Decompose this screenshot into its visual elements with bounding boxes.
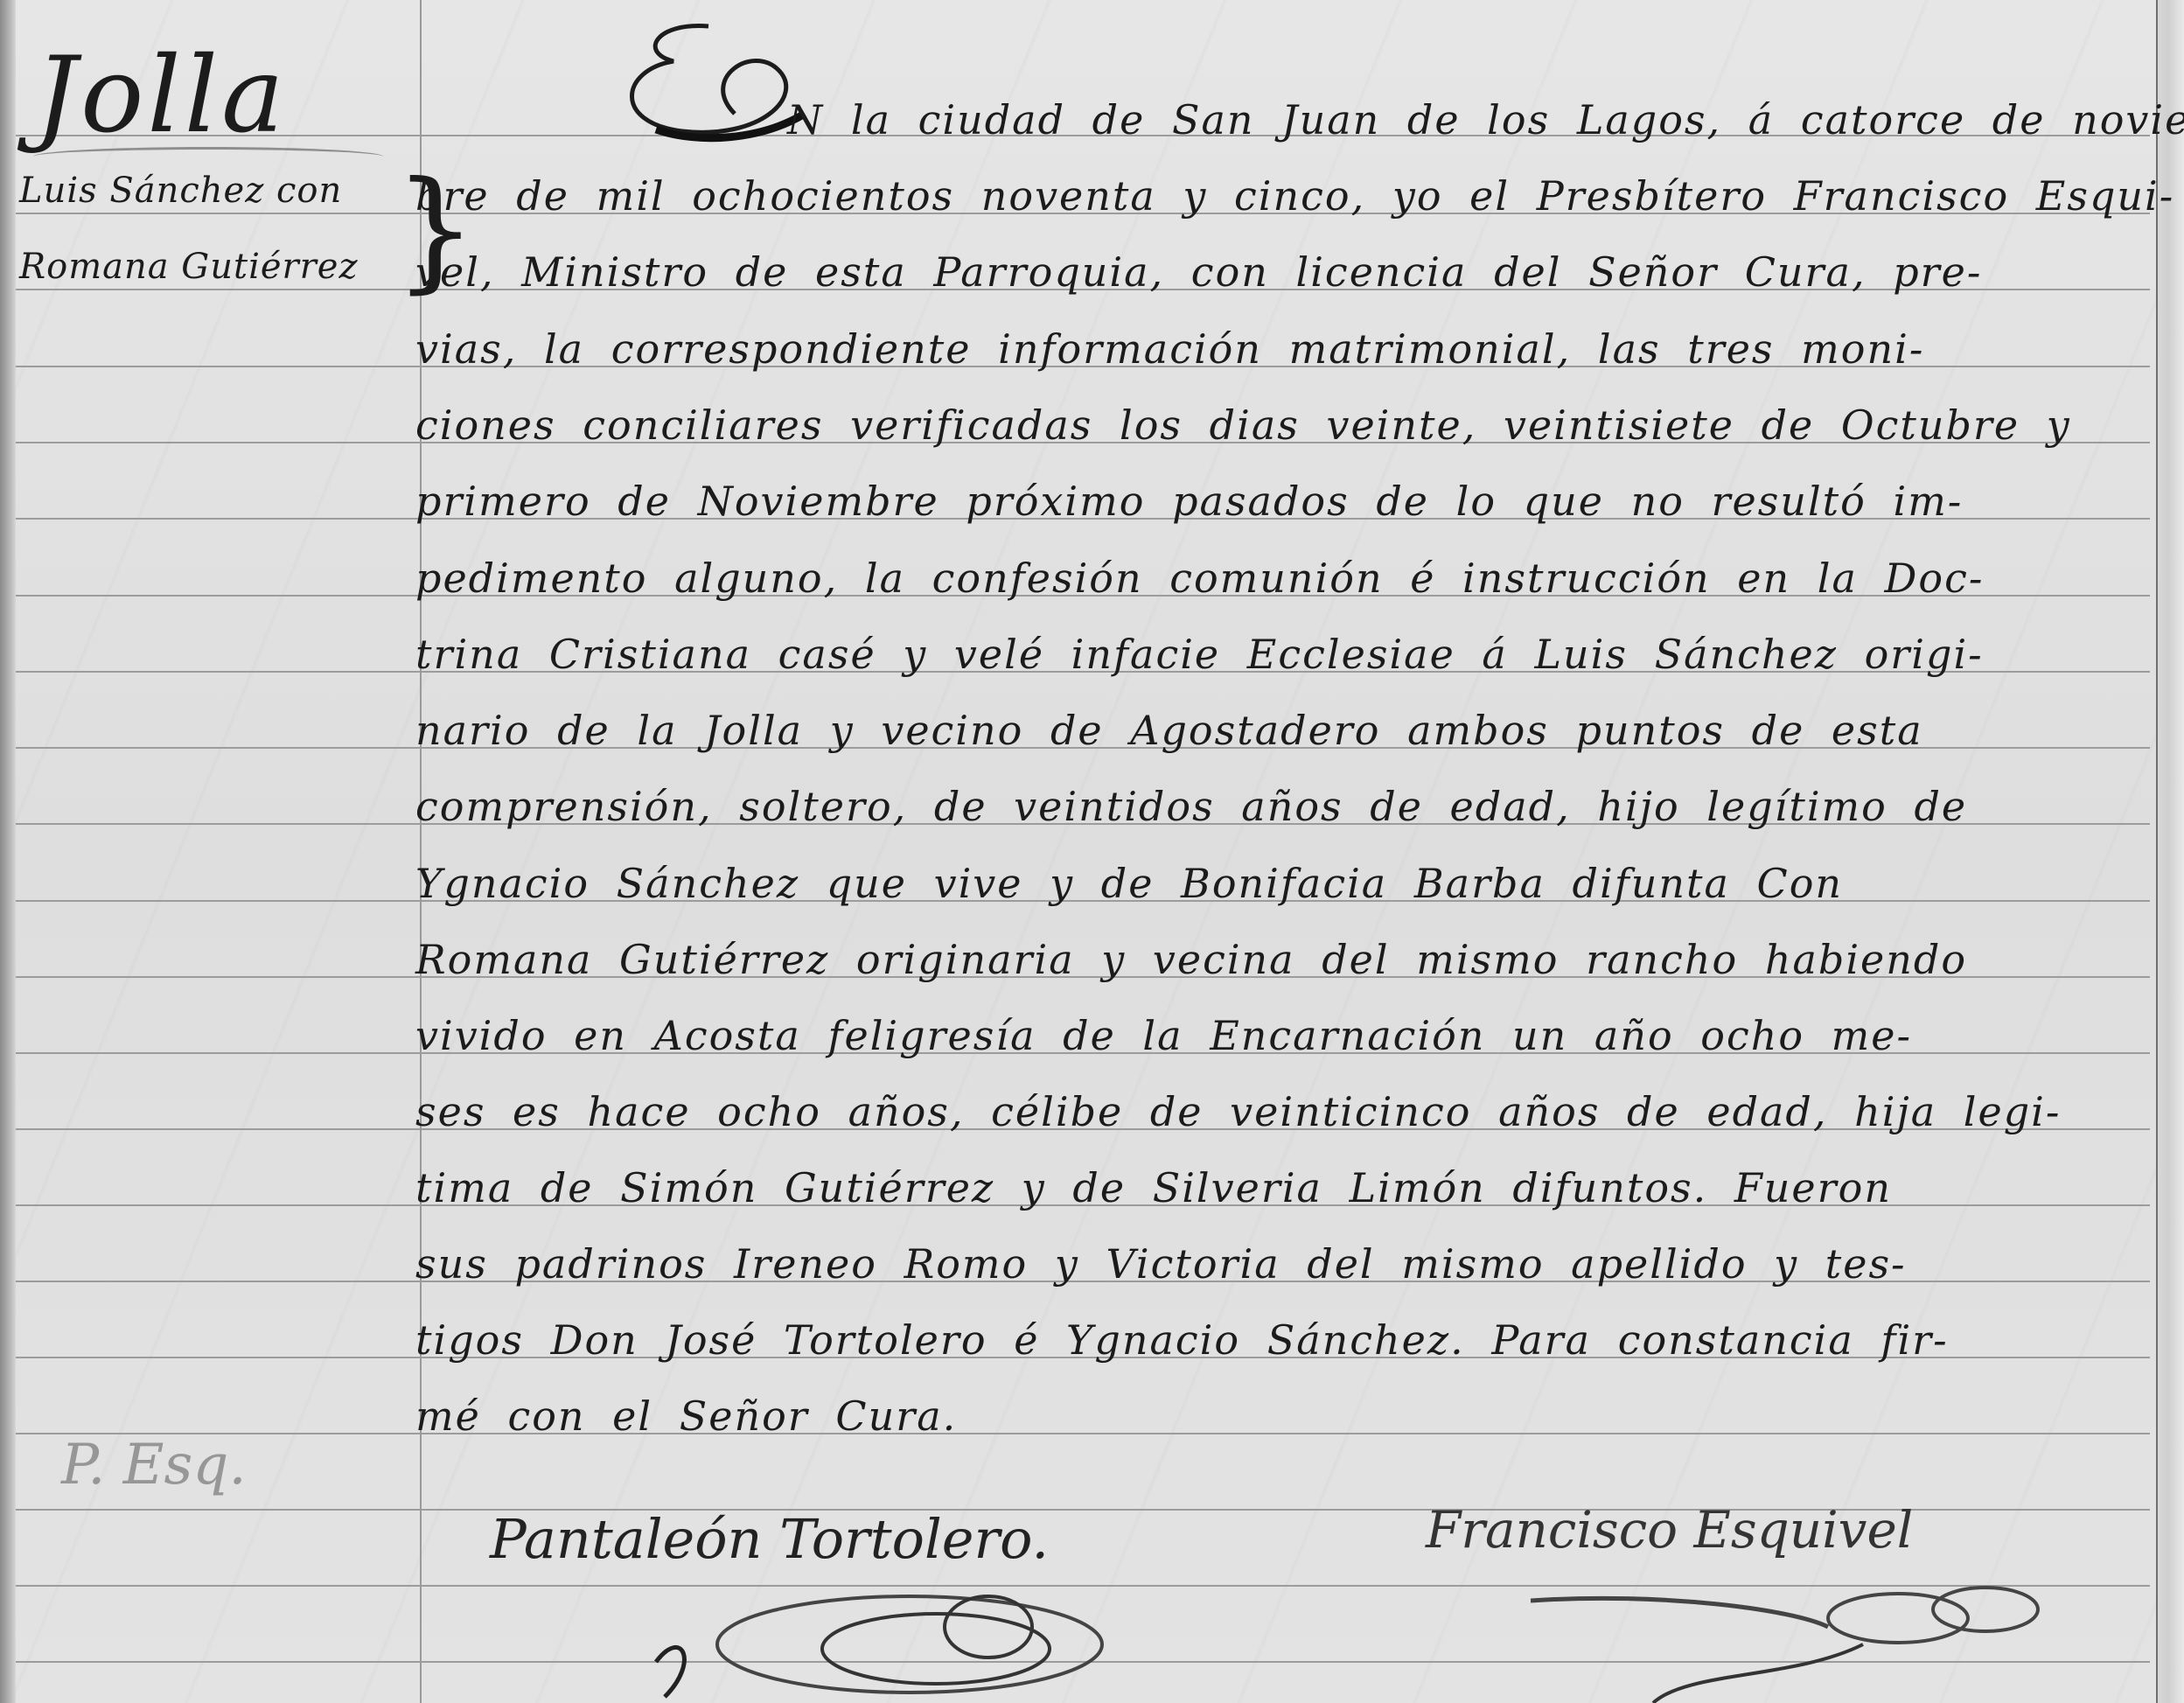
body-line-6: primero de Noviembre próximo pasados de …	[415, 478, 1963, 525]
body-line-3: vel, Ministro de esta Parroquia, con lic…	[415, 248, 1982, 296]
margin-annotation: P. Esq.	[61, 1433, 247, 1497]
margin-groom-name: Luis Sánchez con	[19, 171, 342, 211]
signature-pantaleon-tortolero: Pantaleón Tortolero.	[490, 1507, 1049, 1571]
margin-place-heading: Jolla	[35, 35, 288, 157]
document-page: Jolla Luis Sánchez con Romana Gutiérrez …	[0, 0, 2184, 1703]
body-line-15: tima de Simón Gutiérrez y de Silveria Li…	[415, 1164, 1892, 1211]
page-right-edge	[2156, 0, 2184, 1703]
body-line-9: nario de la Jolla y vecino de Agostadero…	[415, 707, 1923, 754]
margin-bride-name: Romana Gutiérrez	[19, 247, 359, 287]
body-line-12: Romana Gutiérrez originaria y vecina del…	[415, 936, 1967, 983]
body-line-5: ciones conciliares verificadas los dias …	[415, 401, 2071, 449]
body-line-13: vivido en Acosta feligresía de la Encarn…	[415, 1012, 1912, 1059]
body-line-1: N la ciudad de San Juan de los Lagos, á …	[787, 96, 2184, 143]
body-line-2: bre de mil ochocientos noventa y cinco, …	[415, 172, 2174, 220]
body-line-7: pedimento alguno, la confesión comunión …	[415, 555, 1984, 602]
body-line-17: tigos Don José Tortolero é Ygnacio Sánch…	[415, 1316, 1949, 1364]
ruled-line	[16, 1433, 2150, 1434]
body-line-11: Ygnacio Sánchez que vive y de Bonifacia …	[415, 860, 1843, 907]
body-line-18: mé con el Señor Cura.	[415, 1392, 957, 1440]
binding-edge	[0, 0, 16, 1703]
body-line-4: vias, la correspondiente información mat…	[415, 325, 1924, 373]
body-line-14: ses es hace ocho años, célibe de veintic…	[415, 1088, 2061, 1135]
body-line-10: comprensión, soltero, de veintidos años …	[415, 783, 1967, 830]
body-line-8: trina Cristiana casé y velé infacie Eccl…	[415, 631, 1984, 678]
signature-francisco-esquivel: Francisco Esquivel	[1426, 1500, 1913, 1560]
body-line-16: sus padrinos Ireneo Romo y Victoria del …	[415, 1240, 1907, 1288]
rubric-flourish-icon	[1531, 1583, 2073, 1703]
rubric-flourish-icon	[647, 1574, 1207, 1703]
